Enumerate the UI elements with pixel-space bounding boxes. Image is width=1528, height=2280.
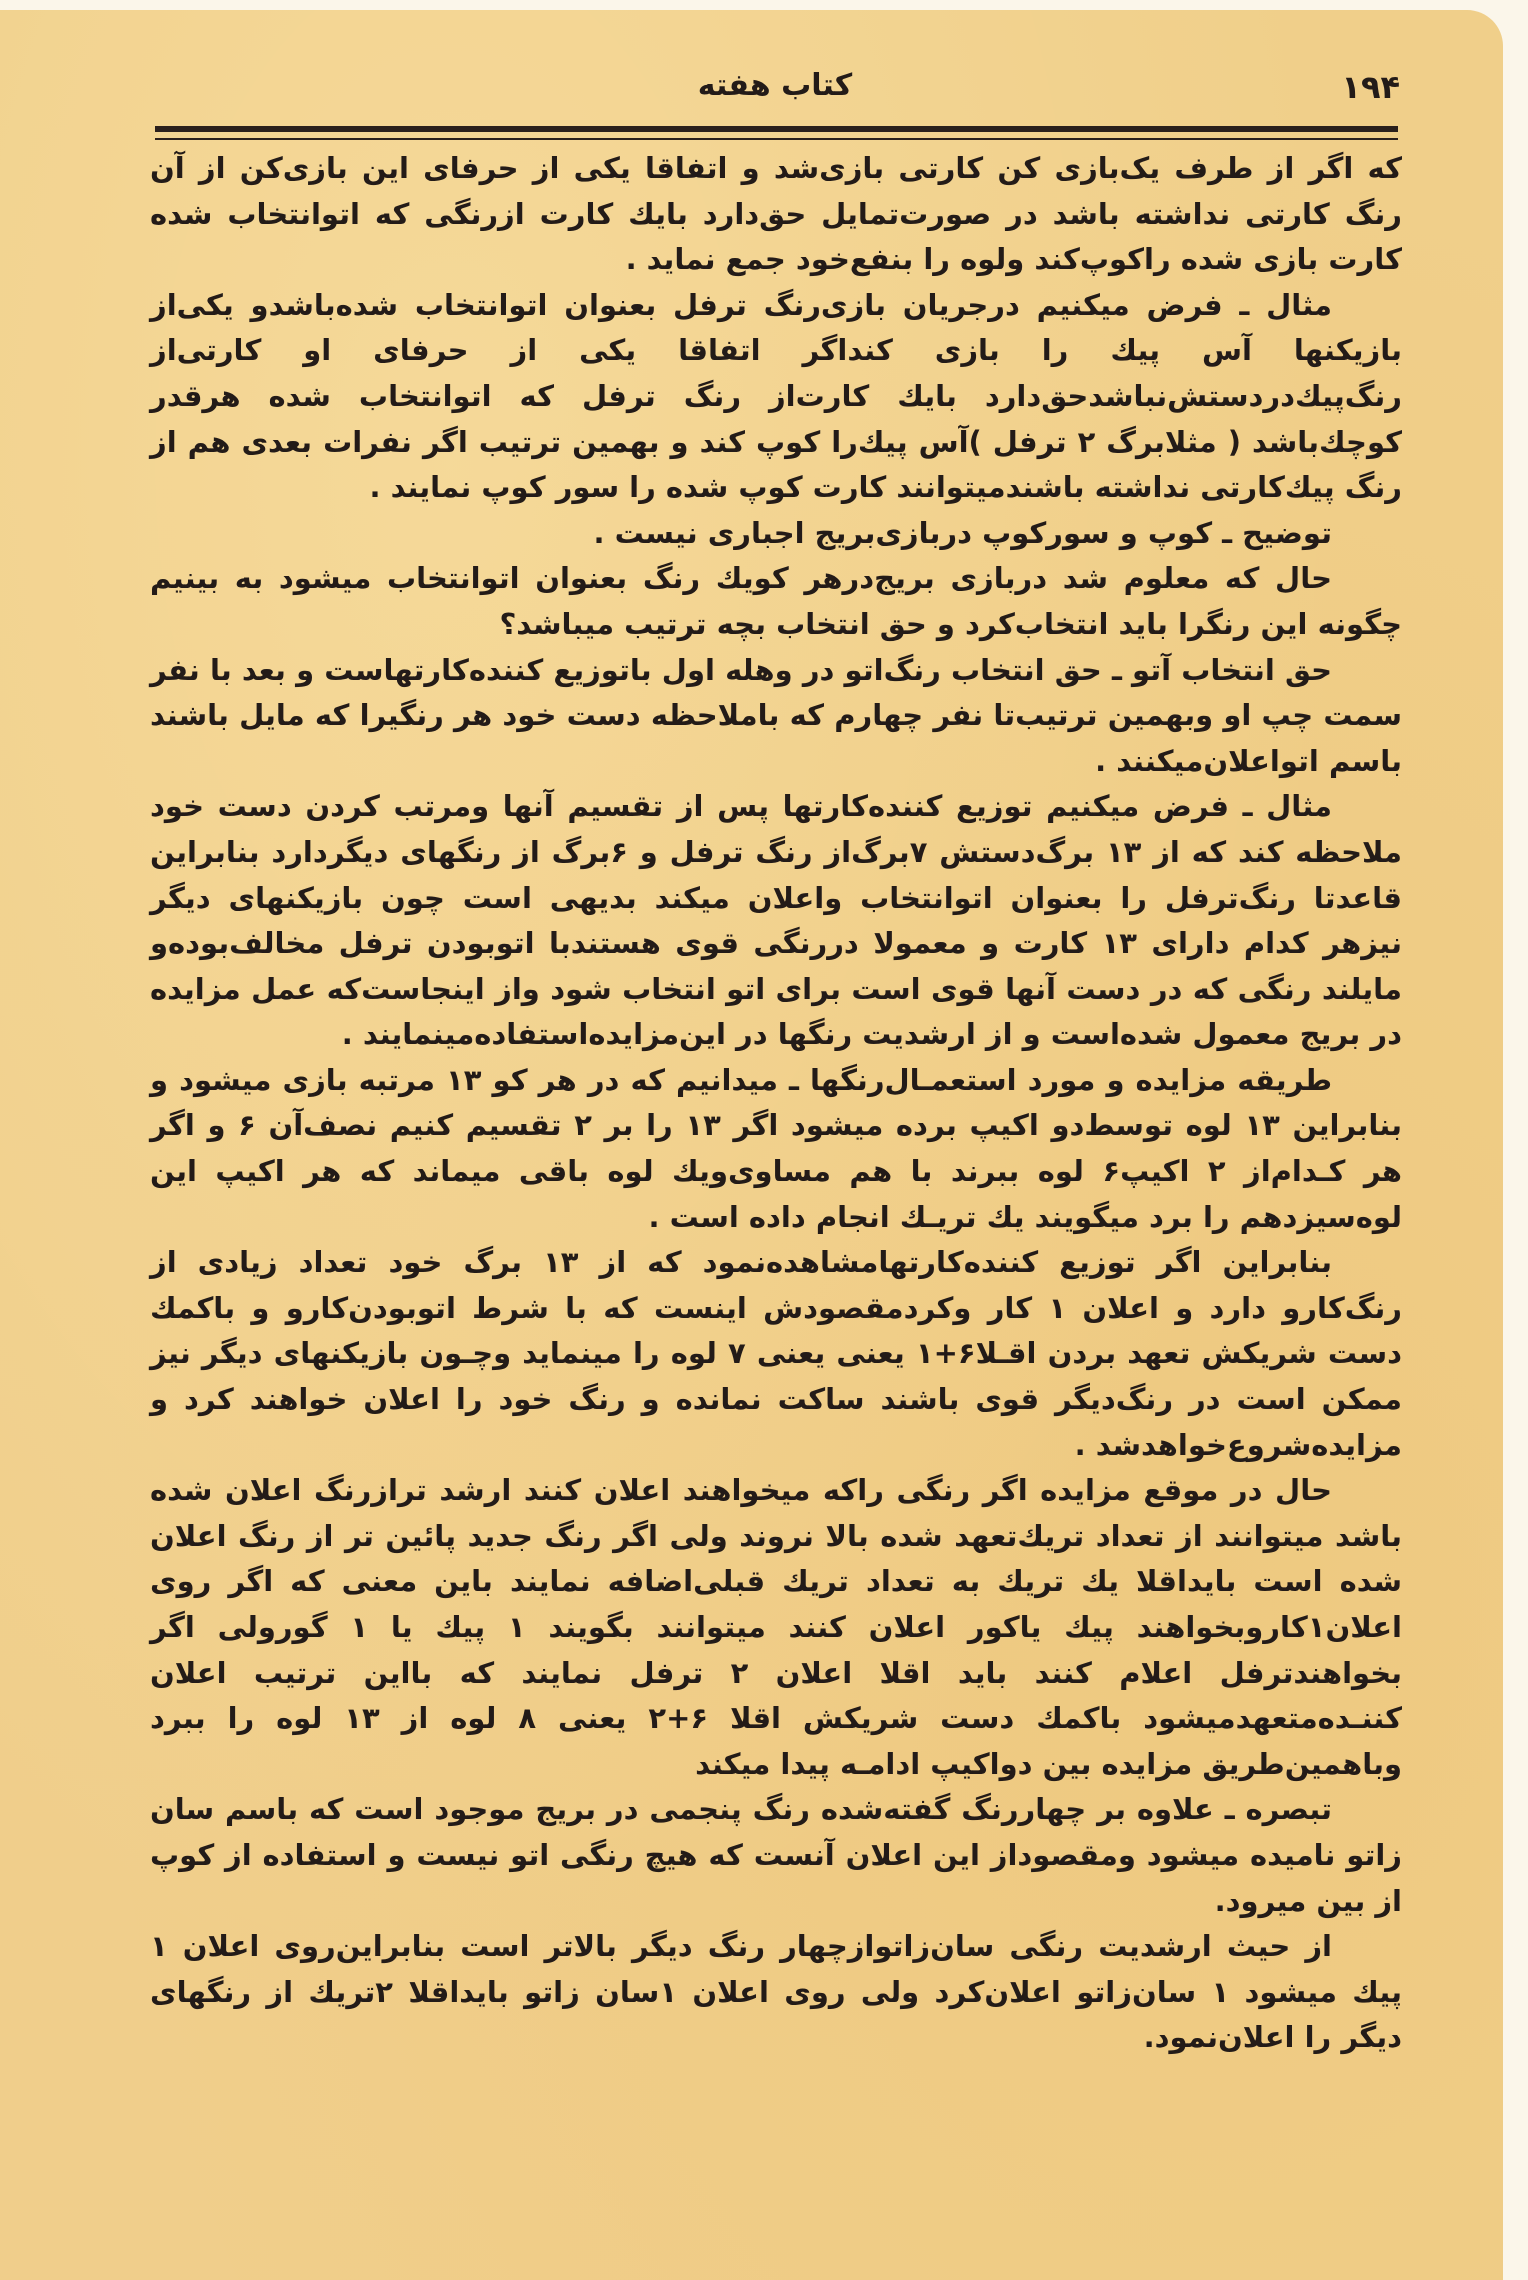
- paragraph: حال که معلوم شد دربازی بریج‌درهر کویك رن…: [150, 556, 1402, 647]
- paragraph: بنابراین اگر توزیع کننده‌کارتهامشاهده‌نم…: [150, 1240, 1402, 1468]
- paragraph-seniority: از حیث ارشدیت رنگی سان‌زاتوازچهار رنگ دی…: [150, 1924, 1402, 2061]
- paragraph-trump-choice: حق انتخاب آتو ـ حق انتخاب رنگ‌اتو در وهل…: [150, 648, 1402, 785]
- paragraph-sans-atout-note: تبصره ـ علاوه بر چهاررنگ گفته‌شده رنگ پن…: [150, 1787, 1402, 1924]
- body-text: که اگر از طرف یک‌بازی کن کارتی بازی‌شد و…: [150, 146, 1402, 2061]
- header-rule-thin: [155, 138, 1398, 140]
- paragraph-example-dealer: مثال ـ فرض میکنیم توزیع کننده‌کارتها پس …: [150, 784, 1402, 1058]
- paragraph: که اگر از طرف یک‌بازی کن کارتی بازی‌شد و…: [150, 146, 1402, 283]
- paragraph-auction-rules: حال در موقع مزایده اگر رنگی راکه میخواهن…: [150, 1468, 1402, 1787]
- paragraph-auction-method: طریقه مزایده و مورد استعمـال‌رنگها ـ مید…: [150, 1058, 1402, 1240]
- running-title: کتاب هفته: [150, 68, 1400, 103]
- header-rule-thick: [155, 126, 1398, 132]
- paragraph-example-trump: مثال ـ فرض میکنیم درجریان بازی‌رنگ ترفل …: [150, 283, 1402, 511]
- paragraph-note: توضیح ـ کوپ و سورکوپ دربازی‌بریج اجباری …: [150, 511, 1402, 557]
- page-header: ۱۹۴ کتاب هفته: [150, 68, 1400, 128]
